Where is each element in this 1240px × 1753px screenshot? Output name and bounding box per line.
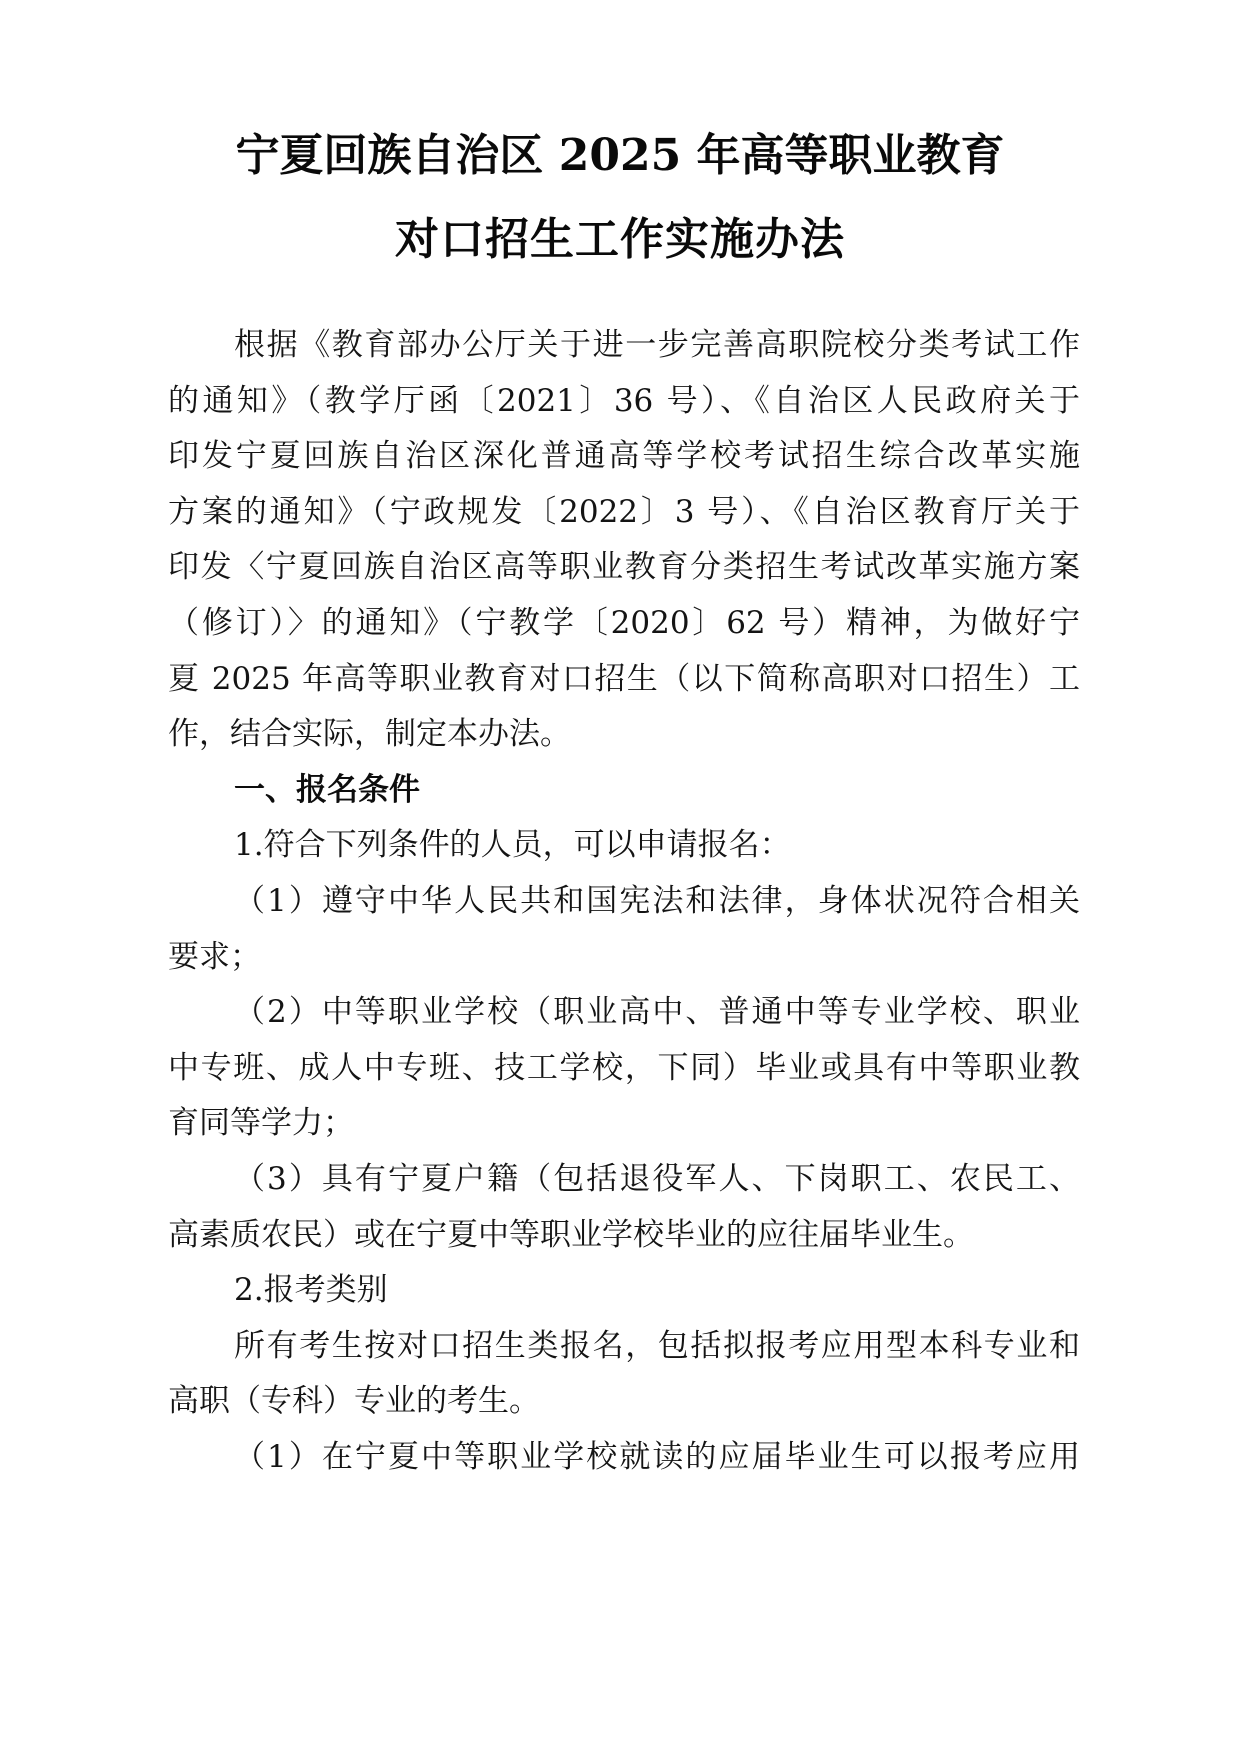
- body-text-line: 的通知》（教学厅函〔2021〕36 号）、《自治区人民政府关于: [168, 373, 1080, 429]
- document-title-line-2: 对口招生工作实施办法: [0, 210, 1240, 270]
- body-text-line: 作，结合实际，制定本办法。: [168, 706, 1080, 762]
- section-heading: 一、报名条件: [234, 762, 1080, 818]
- body-text-line: 根据《教育部办公厅关于进一步完善高职院校分类考试工作: [234, 317, 1080, 373]
- body-text-line: 1.符合下列条件的人员，可以申请报名：: [234, 817, 1080, 873]
- body-text-line: 2.报考类别: [234, 1262, 1080, 1318]
- body-text-line: 印发〈宁夏回族自治区高等职业教育分类招生考试改革实施方案: [168, 539, 1080, 595]
- body-text-line: 夏 2025 年高等职业教育对口招生（以下简称高职对口招生）工: [168, 651, 1080, 707]
- body-text-line: 方案的通知》（宁政规发〔2022〕3 号）、《自治区教育厅关于: [168, 484, 1080, 540]
- body-text-line: （2）中等职业学校（职业高中、普通中等专业学校、职业: [234, 984, 1080, 1040]
- body-text-line: 育同等学力；: [168, 1095, 1080, 1151]
- document-title-line-1: 宁夏回族自治区 2025 年高等职业教育: [0, 126, 1240, 186]
- body-text-line: （1）在宁夏中等职业学校就读的应届毕业生可以报考应用: [234, 1429, 1080, 1485]
- body-text-line: 要求；: [168, 929, 1080, 985]
- body-text-line: （修订）〉的通知》（宁教学〔2020〕62 号）精神，为做好宁: [168, 595, 1080, 651]
- document-page: 宁夏回族自治区 2025 年高等职业教育 对口招生工作实施办法 根据《教育部办公…: [0, 0, 1240, 1753]
- body-text-line: （3）具有宁夏户籍（包括退役军人、下岗职工、农民工、: [234, 1151, 1080, 1207]
- body-text-line: 高素质农民）或在宁夏中等职业学校毕业的应往届毕业生。: [168, 1207, 1080, 1263]
- body-text-line: 印发宁夏回族自治区深化普通高等学校考试招生综合改革实施: [168, 428, 1080, 484]
- body-text-line: （1）遵守中华人民共和国宪法和法律，身体状况符合相关: [234, 873, 1080, 929]
- body-text-line: 所有考生按对口招生类报名，包括拟报考应用型本科专业和: [234, 1318, 1080, 1374]
- body-text-line: 高职（专科）专业的考生。: [168, 1373, 1080, 1429]
- body-text-line: 中专班、成人中专班、技工学校，下同）毕业或具有中等职业教: [168, 1040, 1080, 1096]
